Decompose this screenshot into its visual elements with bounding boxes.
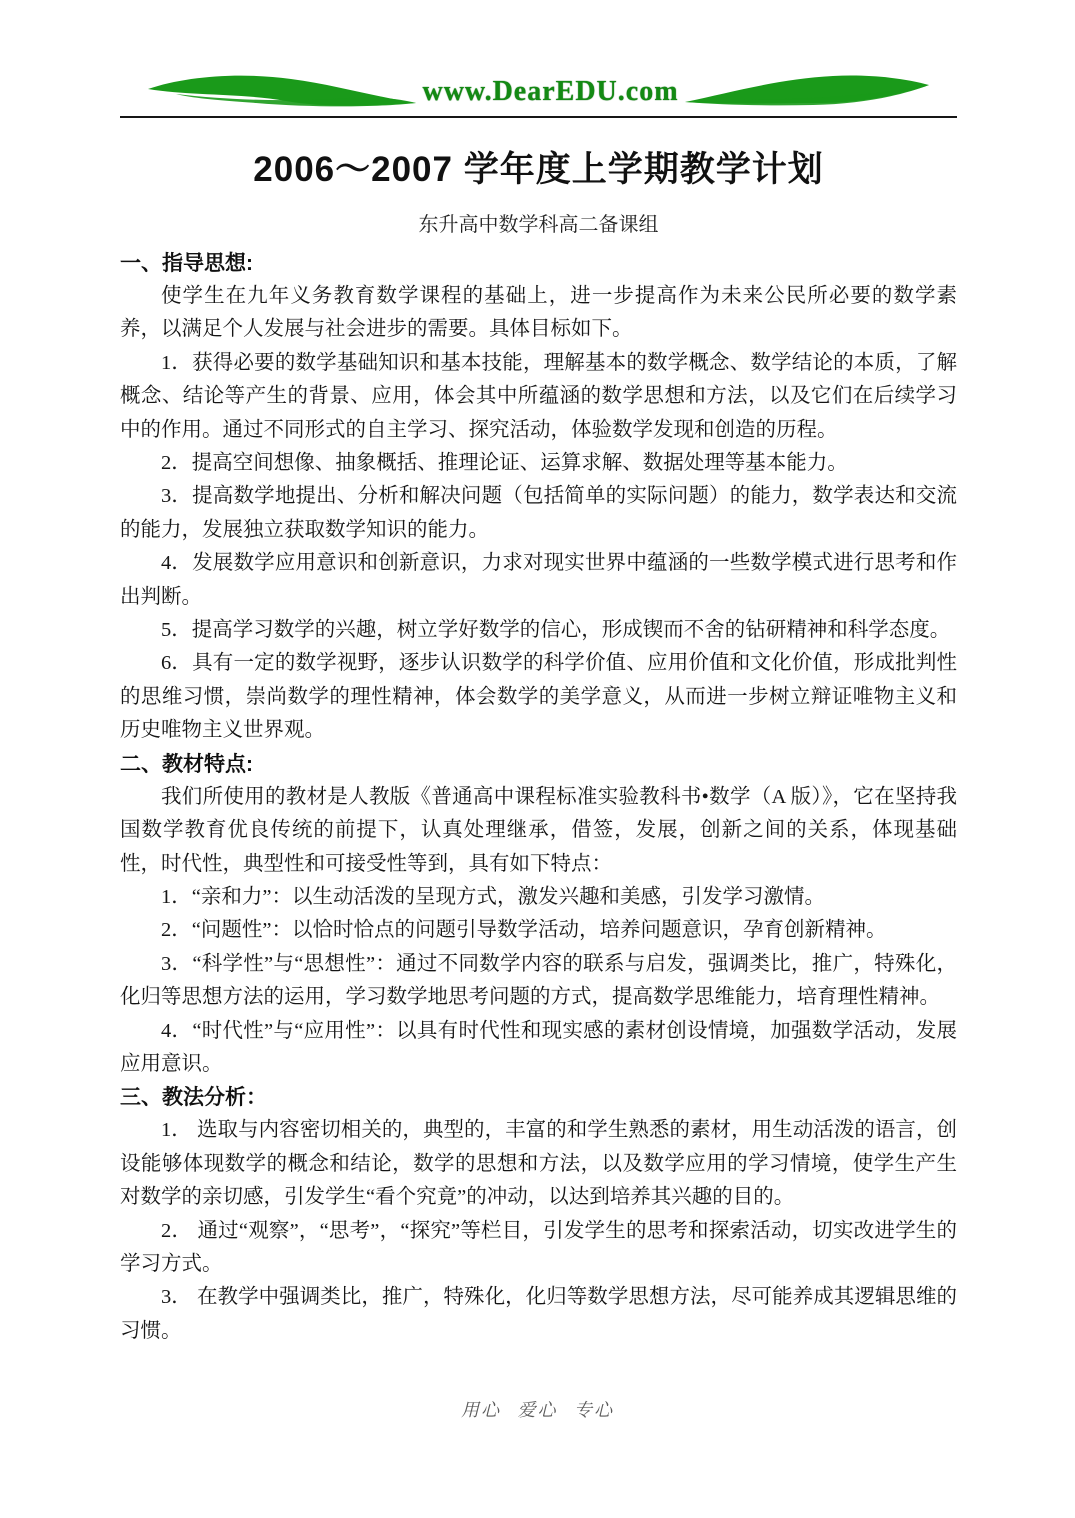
logo-header: www.DearEDU.com [120, 70, 957, 118]
section-3-heading: 三、教法分析： [120, 1081, 957, 1114]
section-1-item-2: 2．提高空间想像、抽象概括、推理论证、运算求解、数据处理等基本能力。 [120, 447, 957, 480]
page-title: 2006～2007 学年度上学期教学计划 [120, 142, 957, 192]
section-2-item-2: 2．“问题性”：以恰时恰点的问题引导数学活动，培养问题意识，孕育创新精神。 [120, 914, 957, 947]
logo-text: www.DearEDU.com [422, 76, 678, 108]
section-3-item-1: 1． 选取与内容密切相关的，典型的，丰富的和学生熟悉的素材，用生动活泼的语言，创… [120, 1114, 957, 1214]
section-2-paragraph: 我们所使用的教材是人教版《普通高中课程标准实验教科书•数学（A 版）》，它在坚持… [120, 781, 957, 881]
logo-row: www.DearEDU.com [120, 70, 957, 114]
section-1-item-1: 1．获得必要的数学基础知识和基本技能，理解基本的数学概念、数学结论的本质，了解概… [120, 347, 957, 447]
section-2-item-4: 4．“时代性”与“应用性”：以具有时代性和现实感的素材创设情境，加强数学活动，发… [120, 1015, 957, 1082]
header-rule [120, 116, 957, 118]
section-2-item-1: 1．“亲和力”：以生动活泼的呈现方式，激发兴趣和美感，引发学习激情。 [120, 881, 957, 914]
document-page: www.DearEDU.com 2006～2007 学年度上学期教学计划 东升高… [0, 0, 1075, 1518]
section-1-item-4: 4．发展数学应用意识和创新意识，力求对现实世界中蕴涵的一些数学模式进行思考和作出… [120, 547, 957, 614]
section-1-item-3: 3．提高数学地提出、分析和解决问题（包括简单的实际问题）的能力，数学表达和交流的… [120, 480, 957, 547]
section-textbook-features: 二、教材特点: 我们所使用的教材是人教版《普通高中课程标准实验教科书•数学（A … [120, 748, 957, 1082]
section-1-item-5: 5．提高学习数学的兴趣，树立学好数学的信心，形成锲而不舍的钻研精神和科学态度。 [120, 614, 957, 647]
section-3-item-2: 2． 通过“观察”，“思考”，“探究”等栏目，引发学生的思考和探索活动，切实改进… [120, 1215, 957, 1282]
section-1-paragraph: 使学生在九年义务教育数学课程的基础上，进一步提高作为未来公民所必要的数学素养，以… [120, 280, 957, 347]
section-2-item-3: 3．“科学性”与“思想性”：通过不同数学内容的联系与启发，强调类比，推广，特殊化… [120, 948, 957, 1015]
logo-swoosh-left-icon [146, 72, 418, 112]
section-guiding-ideology: 一、指导思想: 使学生在九年义务教育数学课程的基础上，进一步提高作为未来公民所必… [120, 247, 957, 748]
section-1-item-6: 6．具有一定的数学视野，逐步认识数学的科学价值、应用价值和文化价值，形成批判性的… [120, 647, 957, 747]
footer-motto: 用心 爱心 专心 [0, 1396, 1075, 1422]
logo-swoosh-right-icon [683, 72, 931, 112]
section-1-heading: 一、指导思想: [120, 247, 957, 280]
section-teaching-method-analysis: 三、教法分析： 1． 选取与内容密切相关的，典型的，丰富的和学生熟悉的素材，用生… [120, 1081, 957, 1348]
page-subtitle: 东升高中数学科高二备课组 [120, 208, 957, 237]
section-3-item-3: 3． 在教学中强调类比，推广，特殊化，化归等数学思想方法，尽可能养成其逻辑思维的… [120, 1281, 957, 1348]
section-2-heading: 二、教材特点: [120, 748, 957, 781]
